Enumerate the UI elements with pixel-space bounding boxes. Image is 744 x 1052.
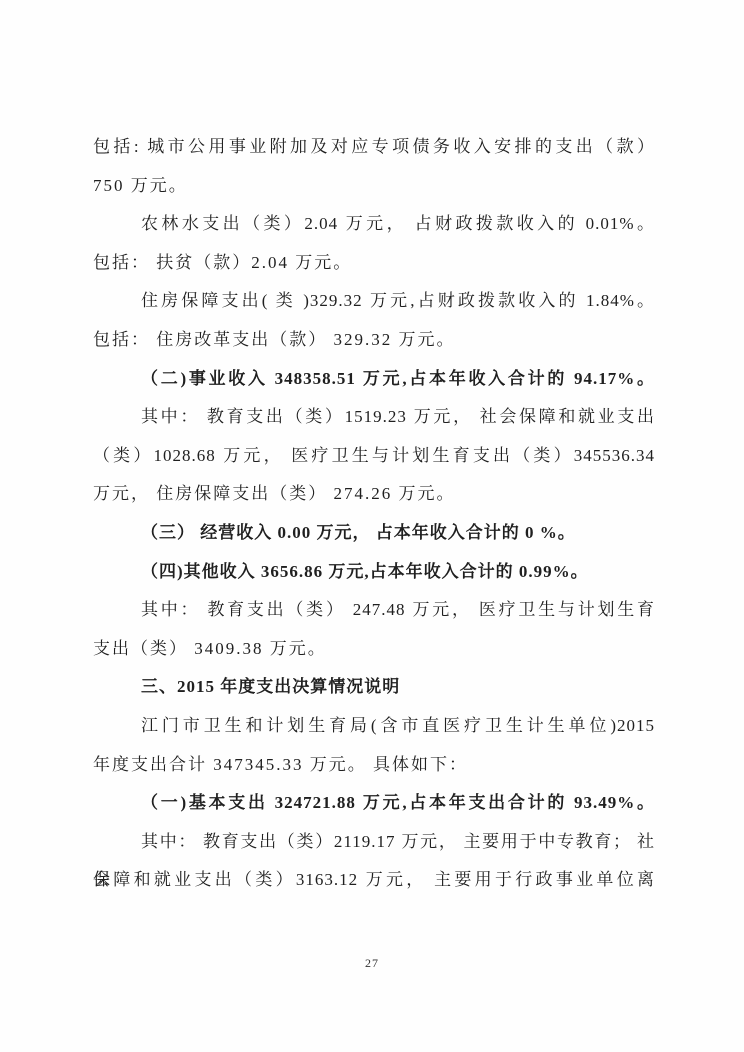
text-line: 年度支出合计 347345.33 万元。 具体如下： <box>93 746 655 785</box>
text-line: 其中： 教育支出（类）2119.17 万元， 主要用于中专教育； 社会 <box>93 823 655 862</box>
document-text-block: 包括: 城市公用事业附加及对应专项债务收入安排的支出（款）750 万元。农林水支… <box>93 128 655 900</box>
text-line: 保障和就业支出（类）3163.12 万元， 主要用于行政事业单位离 <box>93 861 655 900</box>
text-line: 万元， 住房保障支出（类） 274.26 万元。 <box>93 475 655 514</box>
text-line: 包括: 城市公用事业附加及对应专项债务收入安排的支出（款） <box>93 128 655 167</box>
text-line: 三、2015 年度支出决算情况说明 <box>93 668 655 707</box>
text-line: 其中： 教育支出（类）1519.23 万元， 社会保障和就业支出 <box>93 398 655 437</box>
text-line: （三） 经营收入 0.00 万元， 占本年收入合计的 0 %。 <box>93 514 655 553</box>
text-line: 包括： 住房改革支出（款） 329.32 万元。 <box>93 321 655 360</box>
text-line: （类）1028.68 万元， 医疗卫生与计划生育支出（类）345536.34 <box>93 437 655 476</box>
text-line: （一)基本支出 324721.88 万元,占本年支出合计的 93.49%。 <box>93 784 655 823</box>
text-line: 包括： 扶贫（款）2.04 万元。 <box>93 244 655 283</box>
text-line: 750 万元。 <box>93 167 655 206</box>
text-line: 支出（类） 3409.38 万元。 <box>93 630 655 669</box>
document-page: 包括: 城市公用事业附加及对应专项债务收入安排的支出（款）750 万元。农林水支… <box>0 0 744 1052</box>
text-line: （四)其他收入 3656.86 万元,占本年收入合计的 0.99%。 <box>93 553 655 592</box>
text-line: 江门市卫生和计划生育局(含市直医疗卫生计生单位)2015 <box>93 707 655 746</box>
page-number: 27 <box>0 956 744 971</box>
text-line: 住房保障支出( 类 )329.32 万元,占财政拨款收入的 1.84%。 <box>93 282 655 321</box>
text-line: 其中： 教育支出（类） 247.48 万元， 医疗卫生与计划生育 <box>93 591 655 630</box>
text-line: （二)事业收入 348358.51 万元,占本年收入合计的 94.17%。 <box>93 360 655 399</box>
text-line: 农林水支出（类）2.04 万元， 占财政拨款收入的 0.01%。 <box>93 205 655 244</box>
